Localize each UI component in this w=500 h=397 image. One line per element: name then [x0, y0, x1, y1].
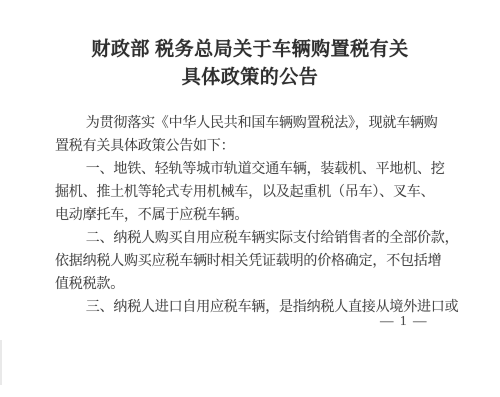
body-line: 为贯彻落实《中华人民共和国车辆购置税法》，现就车辆购	[55, 112, 447, 135]
body-line: 值税税款。	[55, 273, 447, 296]
body-line: 电动摩托车，不属于应税车辆。	[55, 204, 447, 227]
document-title-line-2: 具体政策的公告	[0, 64, 500, 92]
body-line: 二、纳税人购买自用应税车辆实际支付给销售者的全部价款，	[55, 227, 447, 250]
document-title: 财政部 税务总局关于车辆购置税有关 具体政策的公告	[0, 36, 500, 92]
page-number: — 1 —	[380, 313, 428, 329]
scanned-document-page: 财政部 税务总局关于车辆购置税有关 具体政策的公告 为贯彻落实《中华人民共和国车…	[0, 0, 500, 397]
document-title-line-1: 财政部 税务总局关于车辆购置税有关	[0, 36, 500, 64]
body-line: 依据纳税人购买应税车辆时相关凭证载明的价格确定，不包括增	[55, 250, 447, 273]
document-body: 为贯彻落实《中华人民共和国车辆购置税法》，现就车辆购 置税有关具体政策公告如下：…	[55, 112, 447, 319]
scan-edge-artifact	[0, 340, 2, 385]
body-line: 掘机、推土机等轮式专用机械车，以及起重机（吊车）、叉车、	[55, 181, 447, 204]
body-line: 一、地铁、轻轨等城市轨道交通车辆，装载机、平地机、挖	[55, 158, 447, 181]
body-line: 置税有关具体政策公告如下：	[55, 135, 447, 158]
